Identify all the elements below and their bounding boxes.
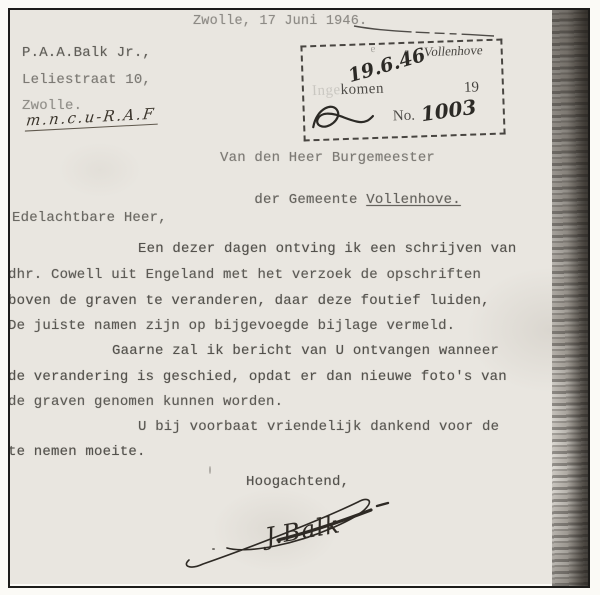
body-line: boven de graven te veranderen, daar deze…: [8, 293, 490, 309]
body-line: De juiste namen zijn op bijgevoegde bijl…: [8, 318, 455, 334]
photo-edge-shadow: [552, 10, 590, 586]
body-line: de verandering is geschied, opdat er dan…: [8, 369, 507, 385]
recipient-line1: Van den Heer Burgemeester: [220, 150, 435, 166]
stamp-office-name: Vollenhove: [423, 42, 484, 60]
ink-speck: [209, 466, 211, 474]
recipient-municipality: Vollenhove.: [366, 192, 461, 208]
signature-dash: [377, 503, 388, 506]
body-line: Gaarne zal ik bericht van U ontvangen wa…: [112, 343, 499, 359]
closing: Hoogachtend,: [246, 474, 349, 490]
body-line: U bij voorbaat vriendelijk dankend voor …: [138, 419, 499, 435]
stamp-handwritten-date: 19.6.46: [346, 44, 428, 87]
signature-name: J.Balk: [258, 510, 342, 552]
body-line: de graven genomen kunnen worden.: [8, 394, 283, 410]
dateline: Zwolle, 17 Juni 1946.: [193, 14, 367, 29]
body-line: Een dezer dagen ontving ik een schrijven…: [138, 241, 516, 257]
stamp-received-label-faded: Inge: [312, 82, 341, 99]
recipient-line2-prefix: der Gemeente: [254, 192, 366, 208]
sender-name: P.A.A.Balk Jr.,: [22, 45, 151, 61]
paraph-flourish: [306, 101, 377, 137]
received-stamp: Vollenhove c e 19.6.46 Ingekomen 19 No. …: [300, 39, 505, 142]
body-line: te nemen moeite.: [8, 444, 146, 460]
body-line: dhr. Cowell uit Engeland met het verzoek…: [8, 267, 481, 283]
stamp-handwritten-number: 1003: [419, 95, 477, 127]
signature: J.Balk: [175, 490, 415, 575]
stamp-top-mark: e: [370, 43, 375, 55]
stamp-number-label: No.: [393, 108, 416, 126]
sender-street: Leliestraat 10,: [22, 72, 151, 88]
salutation: Edelachtbare Heer,: [12, 210, 167, 226]
scanned-letter: Zwolle, 17 Juni 1946. P.A.A.Balk Jr., Le…: [0, 0, 600, 595]
